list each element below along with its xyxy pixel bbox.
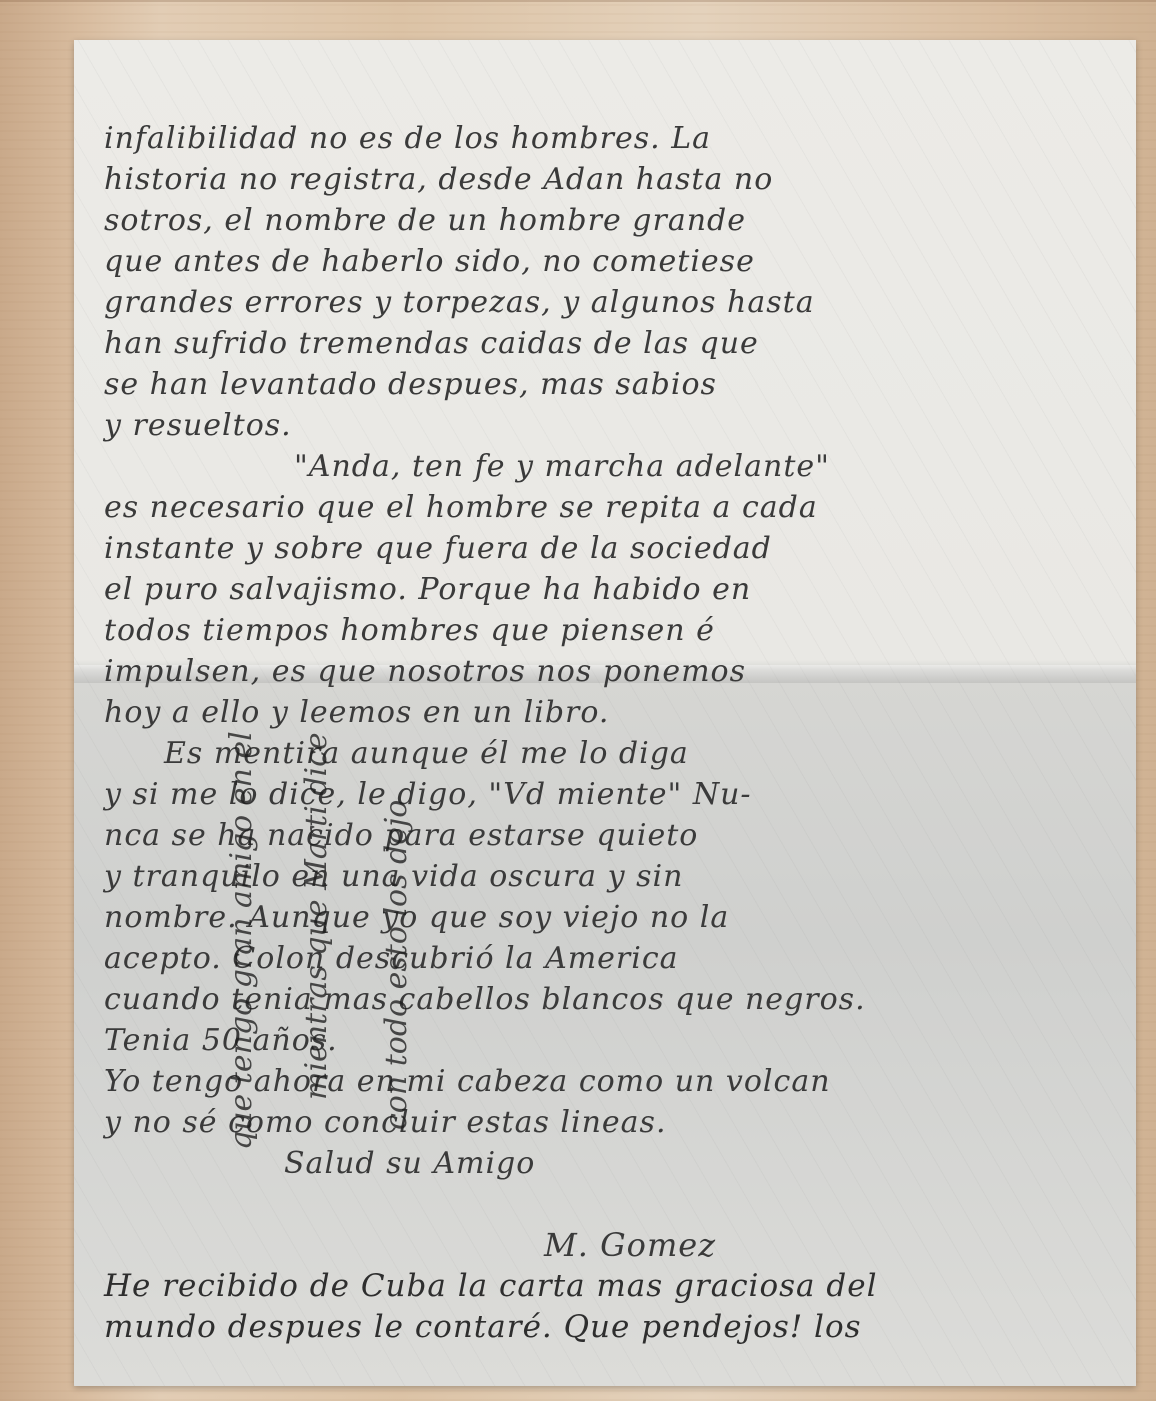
postscript-line: He recibido de Cuba la carta mas gracios…: [104, 1266, 1114, 1307]
letter-line: hoy a ello y leemos en un libro.: [104, 692, 1114, 733]
letter-line: y resueltos.: [104, 405, 1114, 446]
cross-writing-column: con todo esto los dejo: [379, 800, 414, 1130]
letter-signature: M. Gomez: [104, 1225, 1114, 1266]
letter-line: infalibilidad no es de los hombres. La: [104, 118, 1114, 159]
letter-line: grandes errores y torpezas, y algunos ha…: [104, 282, 1114, 323]
spacer: [104, 1184, 1114, 1225]
letter-line: sotros, el nombre de un hombre grande: [104, 200, 1114, 241]
letter-line: es necesario que el hombre se repita a c…: [104, 487, 1114, 528]
letter-sheet: infalibilidad no es de los hombres. La h…: [74, 40, 1136, 1386]
letter-line: que antes de haberlo sido, no cometiese: [104, 241, 1114, 282]
postscript-line: mundo despues le contaré. Que pendejos! …: [104, 1307, 1114, 1348]
cross-writing-column: que tengo gran amigo en el: [224, 731, 259, 1150]
letter-line: instante y sobre que fuera de la socieda…: [104, 528, 1114, 569]
letter-quote-line: "Anda, ten fe y marcha adelante": [104, 446, 1114, 487]
letter-line: historia no registra, desde Adan hasta n…: [104, 159, 1114, 200]
letter-line: el puro salvajismo. Porque ha habido en: [104, 569, 1114, 610]
letter-line: impulsen, es que nosotros nos ponemos: [104, 651, 1114, 692]
letter-line: se han levantado despues, mas sabios: [104, 364, 1114, 405]
wood-board-seam: [0, 0, 1156, 2]
letter-line: han sufrido tremendas caidas de las que: [104, 323, 1114, 364]
letter-line: todos tiempos hombres que piensen é: [104, 610, 1114, 651]
cross-writing-column: mientras que Marti dice: [299, 732, 334, 1100]
